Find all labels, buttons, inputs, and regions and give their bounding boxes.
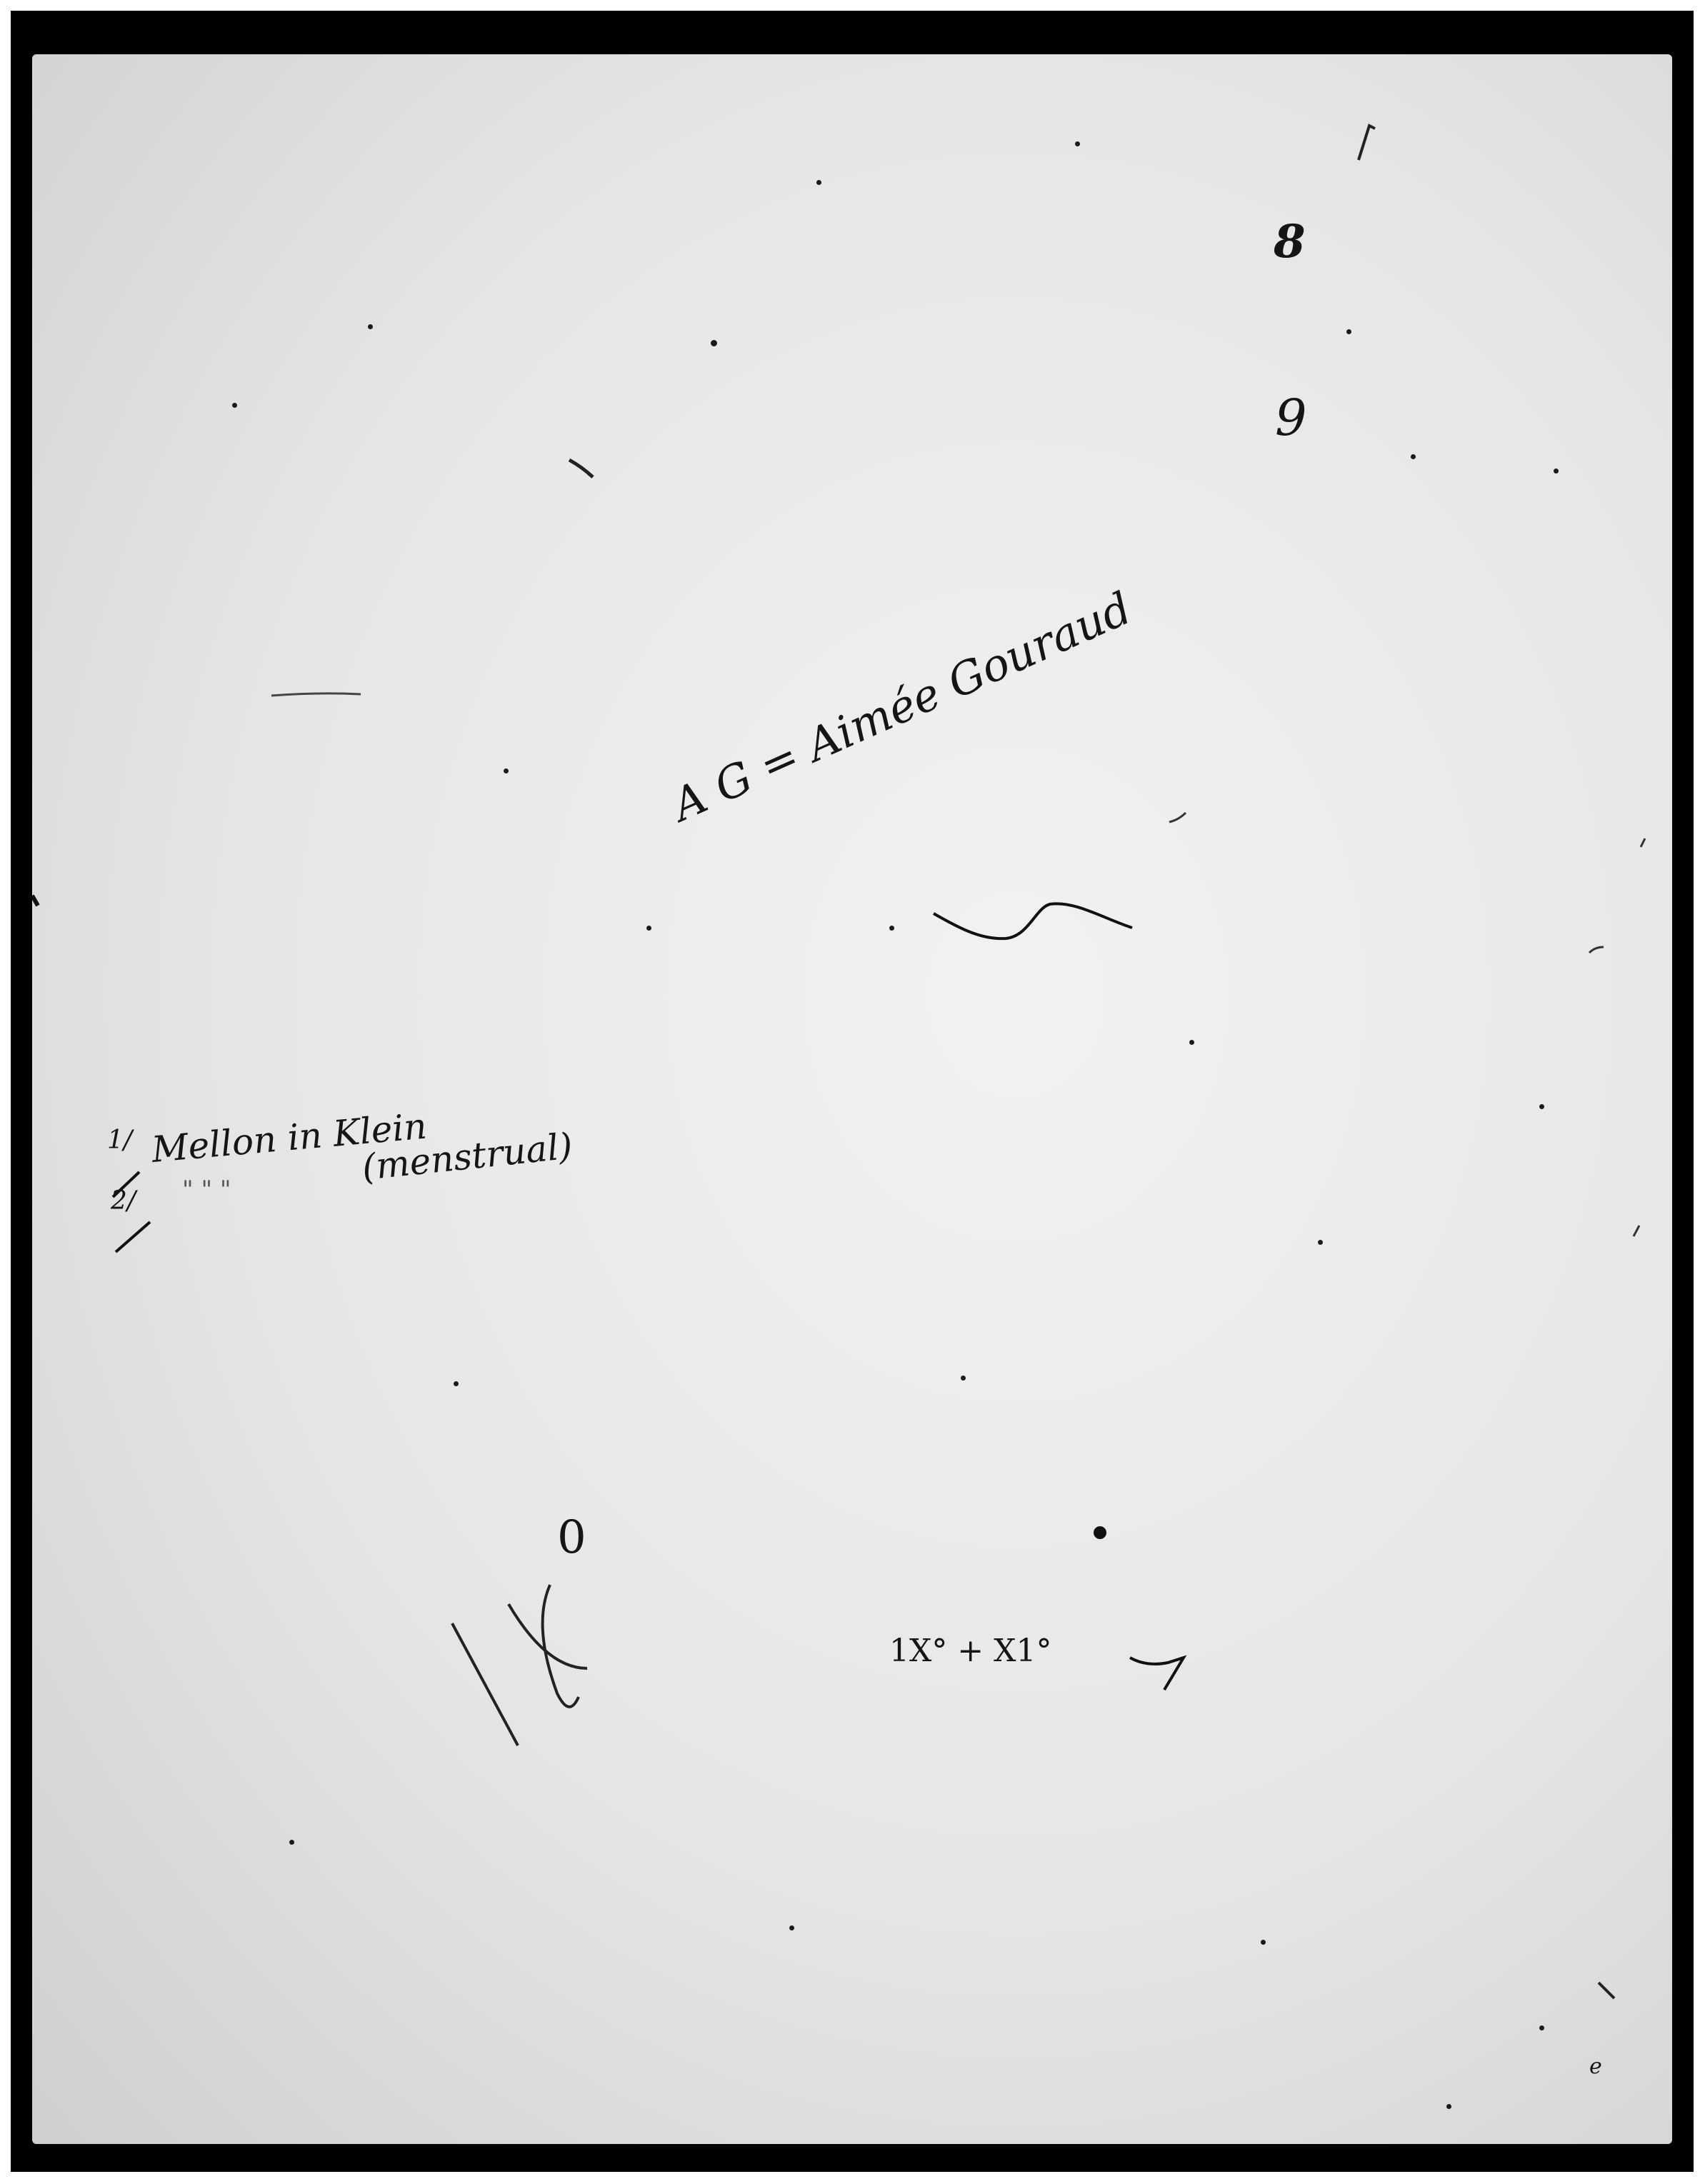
list-number: 1/ — [107, 1126, 132, 1155]
formula: 1X° + X1° — [889, 1633, 1051, 1669]
large-mark-superscript: 0 — [557, 1511, 586, 1564]
corner-mark: e — [1589, 2054, 1602, 2079]
scanned-page: 8 9 A G = Aimée Gouraud 1/ Mellon in Kle… — [32, 54, 1672, 2144]
page-number-9: 9 — [1275, 389, 1307, 447]
ink-strokes — [32, 54, 1672, 2144]
list-number: 2/ — [111, 1186, 136, 1216]
ditto-marks: " " " — [182, 1176, 231, 1204]
page-number-8: 8 — [1274, 215, 1306, 269]
